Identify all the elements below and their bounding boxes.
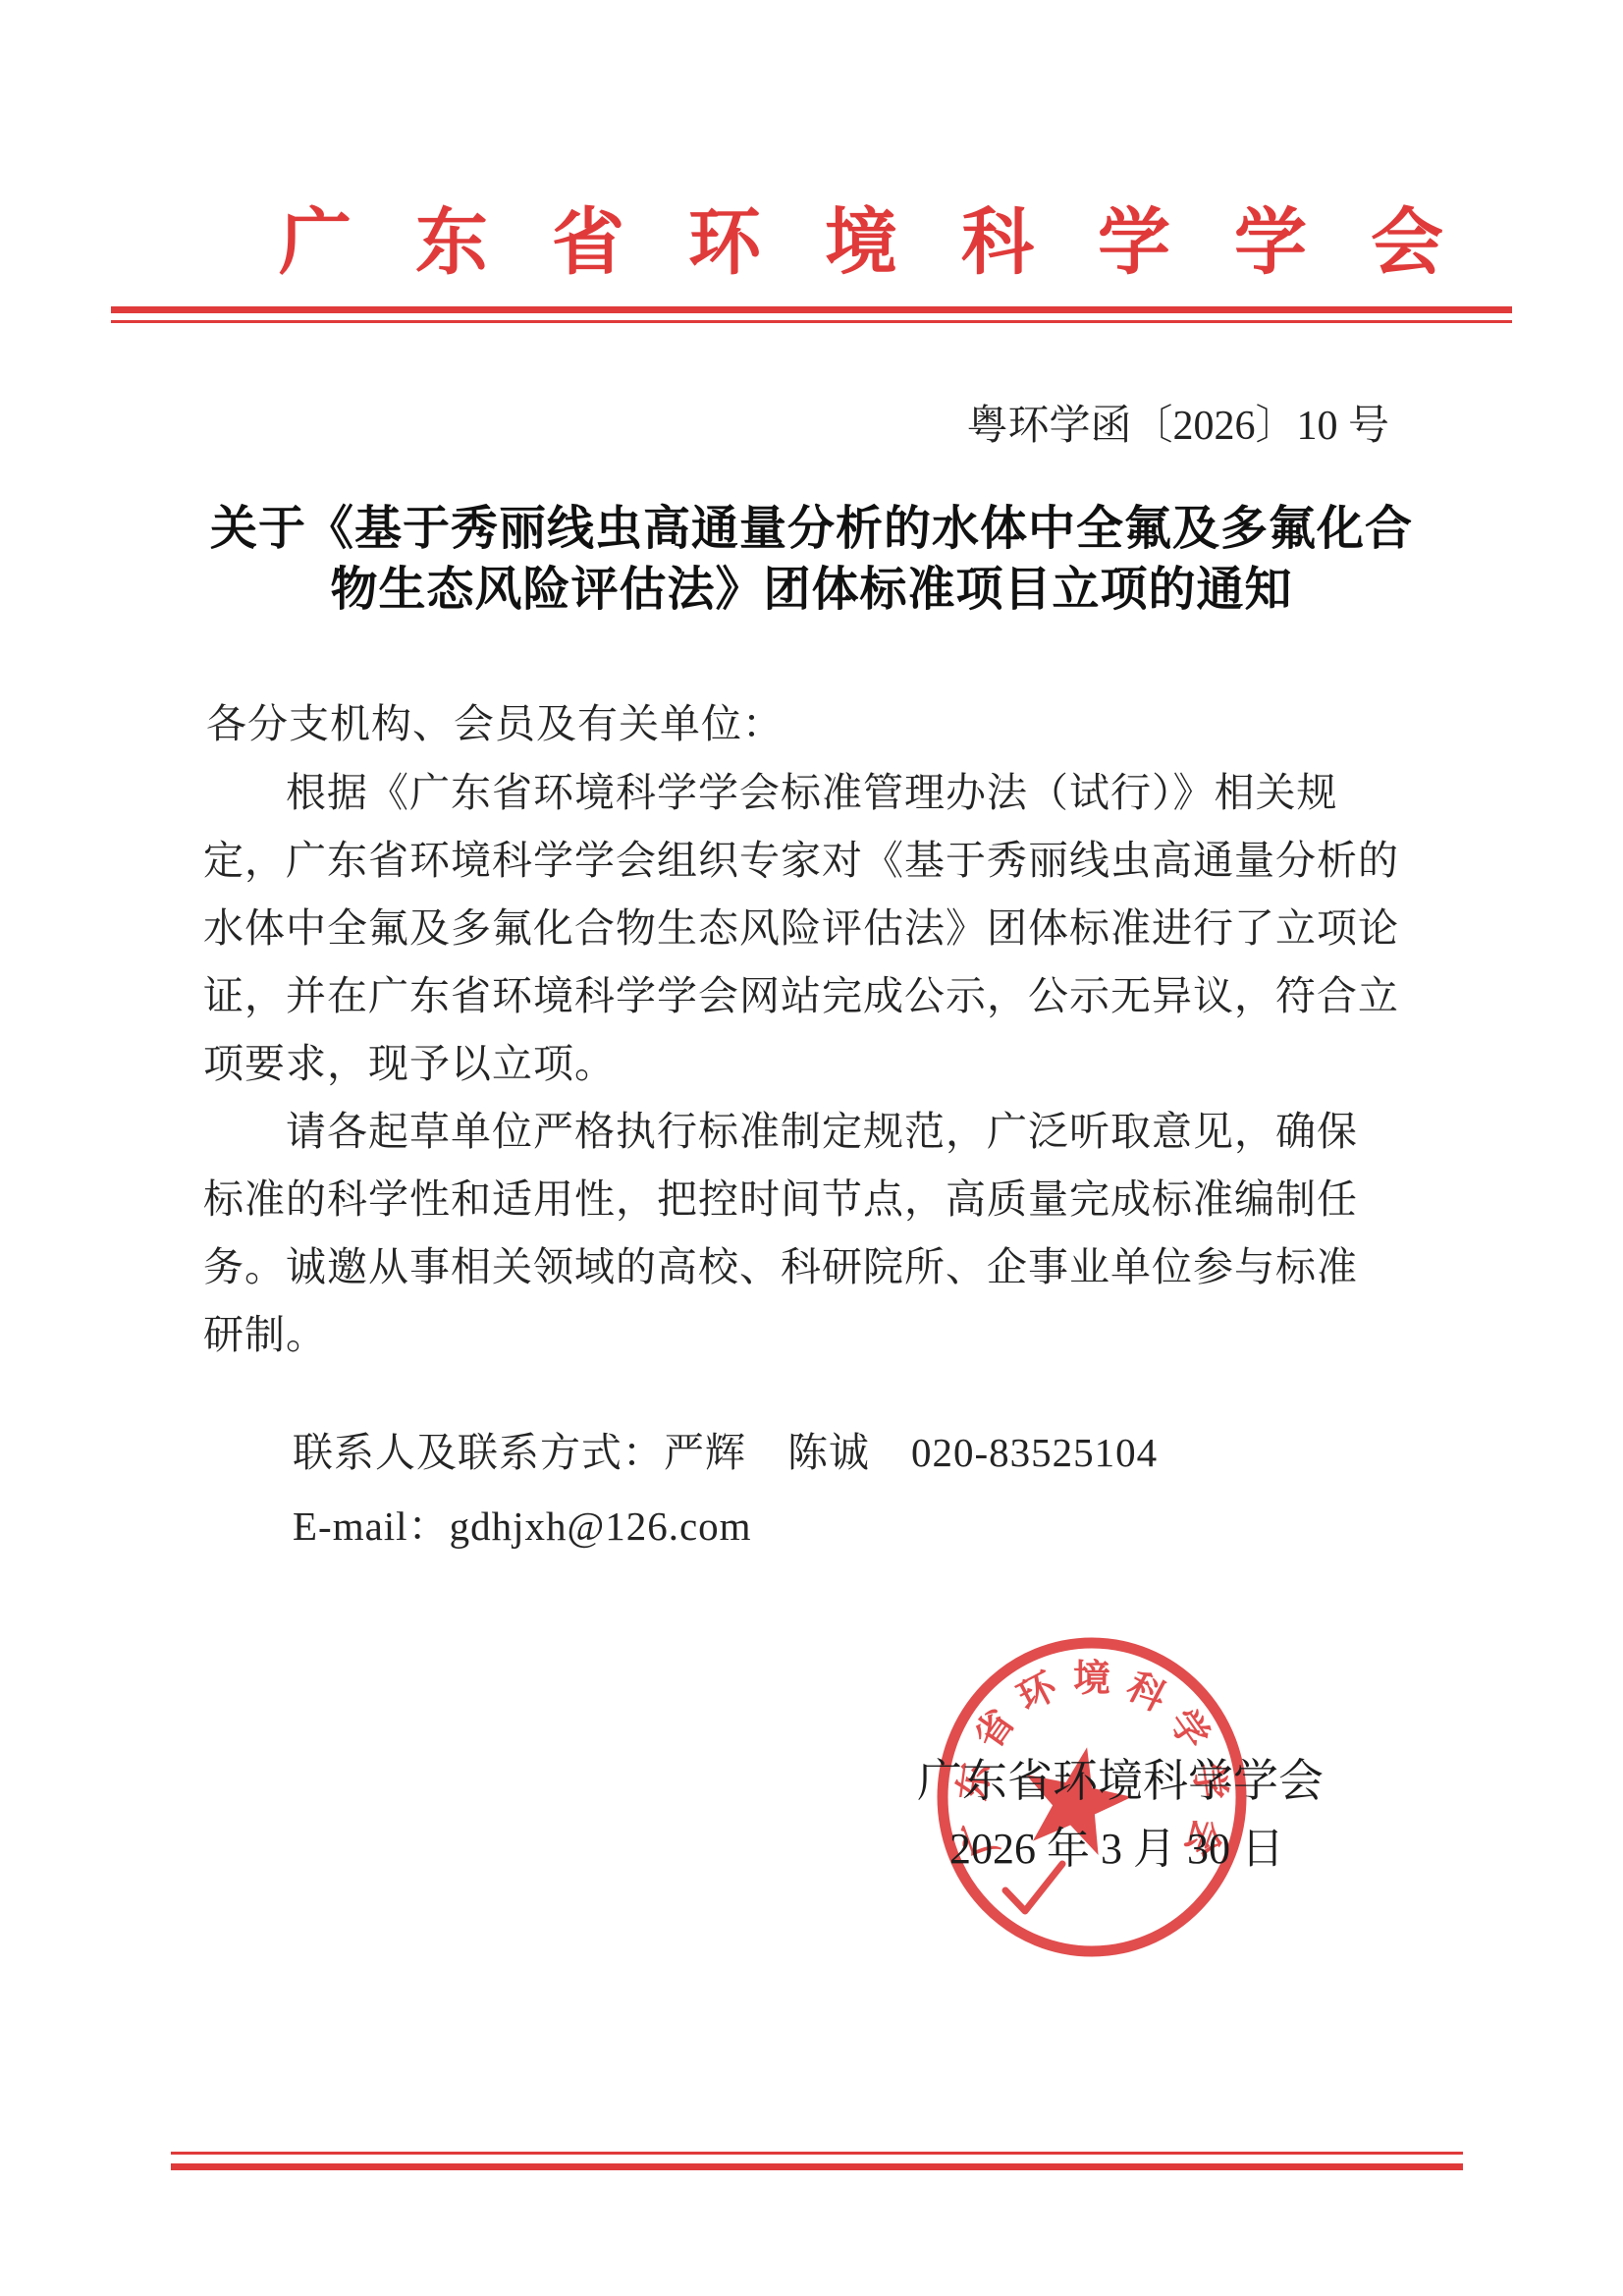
contact-persons-phone: 联系人及联系方式：严辉 陈诚 020-83525104: [293, 1420, 1158, 1478]
body-line: 证，并在广东省环境科学学会网站完成公示，公示无异议，符合立: [203, 963, 1399, 1021]
body-line: 项要求，现予以立项。: [203, 1031, 616, 1089]
body-line: 请各起草单位严格执行标准制定规范，广泛听取意见，确保: [203, 1099, 1358, 1157]
salutation: 各分支机构、会员及有关单位：: [206, 691, 784, 749]
body-line: 水体中全氟及多氟化合物生态风险评估法》团体标准进行了立项论: [203, 896, 1399, 954]
bottom-rule-thin: [171, 2152, 1463, 2155]
bottom-rule-thick: [171, 2163, 1463, 2170]
document-number: 粤环学函〔2026〕10 号: [966, 393, 1389, 452]
seal-arc-char: 环: [1011, 1666, 1064, 1720]
contact-email: E-mail：gdhjxh@126.com: [293, 1494, 752, 1552]
document-title-line1: 关于《基于秀丽线虫高通量分析的水体中全氟及多氟化合: [0, 490, 1623, 558]
document-title-line2: 物生态风险评估法》团体标准项目立项的通知: [0, 551, 1623, 619]
top-rule-thin: [111, 320, 1512, 323]
body-line: 定，广东省环境科学学会组织专家对《基于秀丽线虫高通量分析的: [203, 828, 1399, 886]
body-line: 研制。: [203, 1302, 327, 1360]
seal-arc-char: 境: [1073, 1659, 1110, 1700]
body-line: 务。诚邀从事相关领域的高校、科研院所、企事业单位参与标准: [203, 1234, 1358, 1292]
signature-date: 2026 年 3 月 30 日: [949, 1813, 1284, 1876]
top-rule-thick: [111, 306, 1512, 313]
seal-arc-char: 科: [1120, 1666, 1172, 1720]
letterhead-org-title: 广东省环境科学学会: [279, 202, 1507, 285]
signature-org-name: 广东省环境科学学会: [917, 1745, 1324, 1810]
body-line: 标准的科学性和适用性，把控时间节点，高质量完成标准编制任: [203, 1167, 1358, 1225]
body-line: 根据《广东省环境科学学会标准管理办法（试行）》相关规: [203, 760, 1338, 818]
official-letter-page: 广东省环境科学学会 粤环学函〔2026〕10 号 关于《基于秀丽线虫高通量分析的…: [0, 0, 1623, 2296]
